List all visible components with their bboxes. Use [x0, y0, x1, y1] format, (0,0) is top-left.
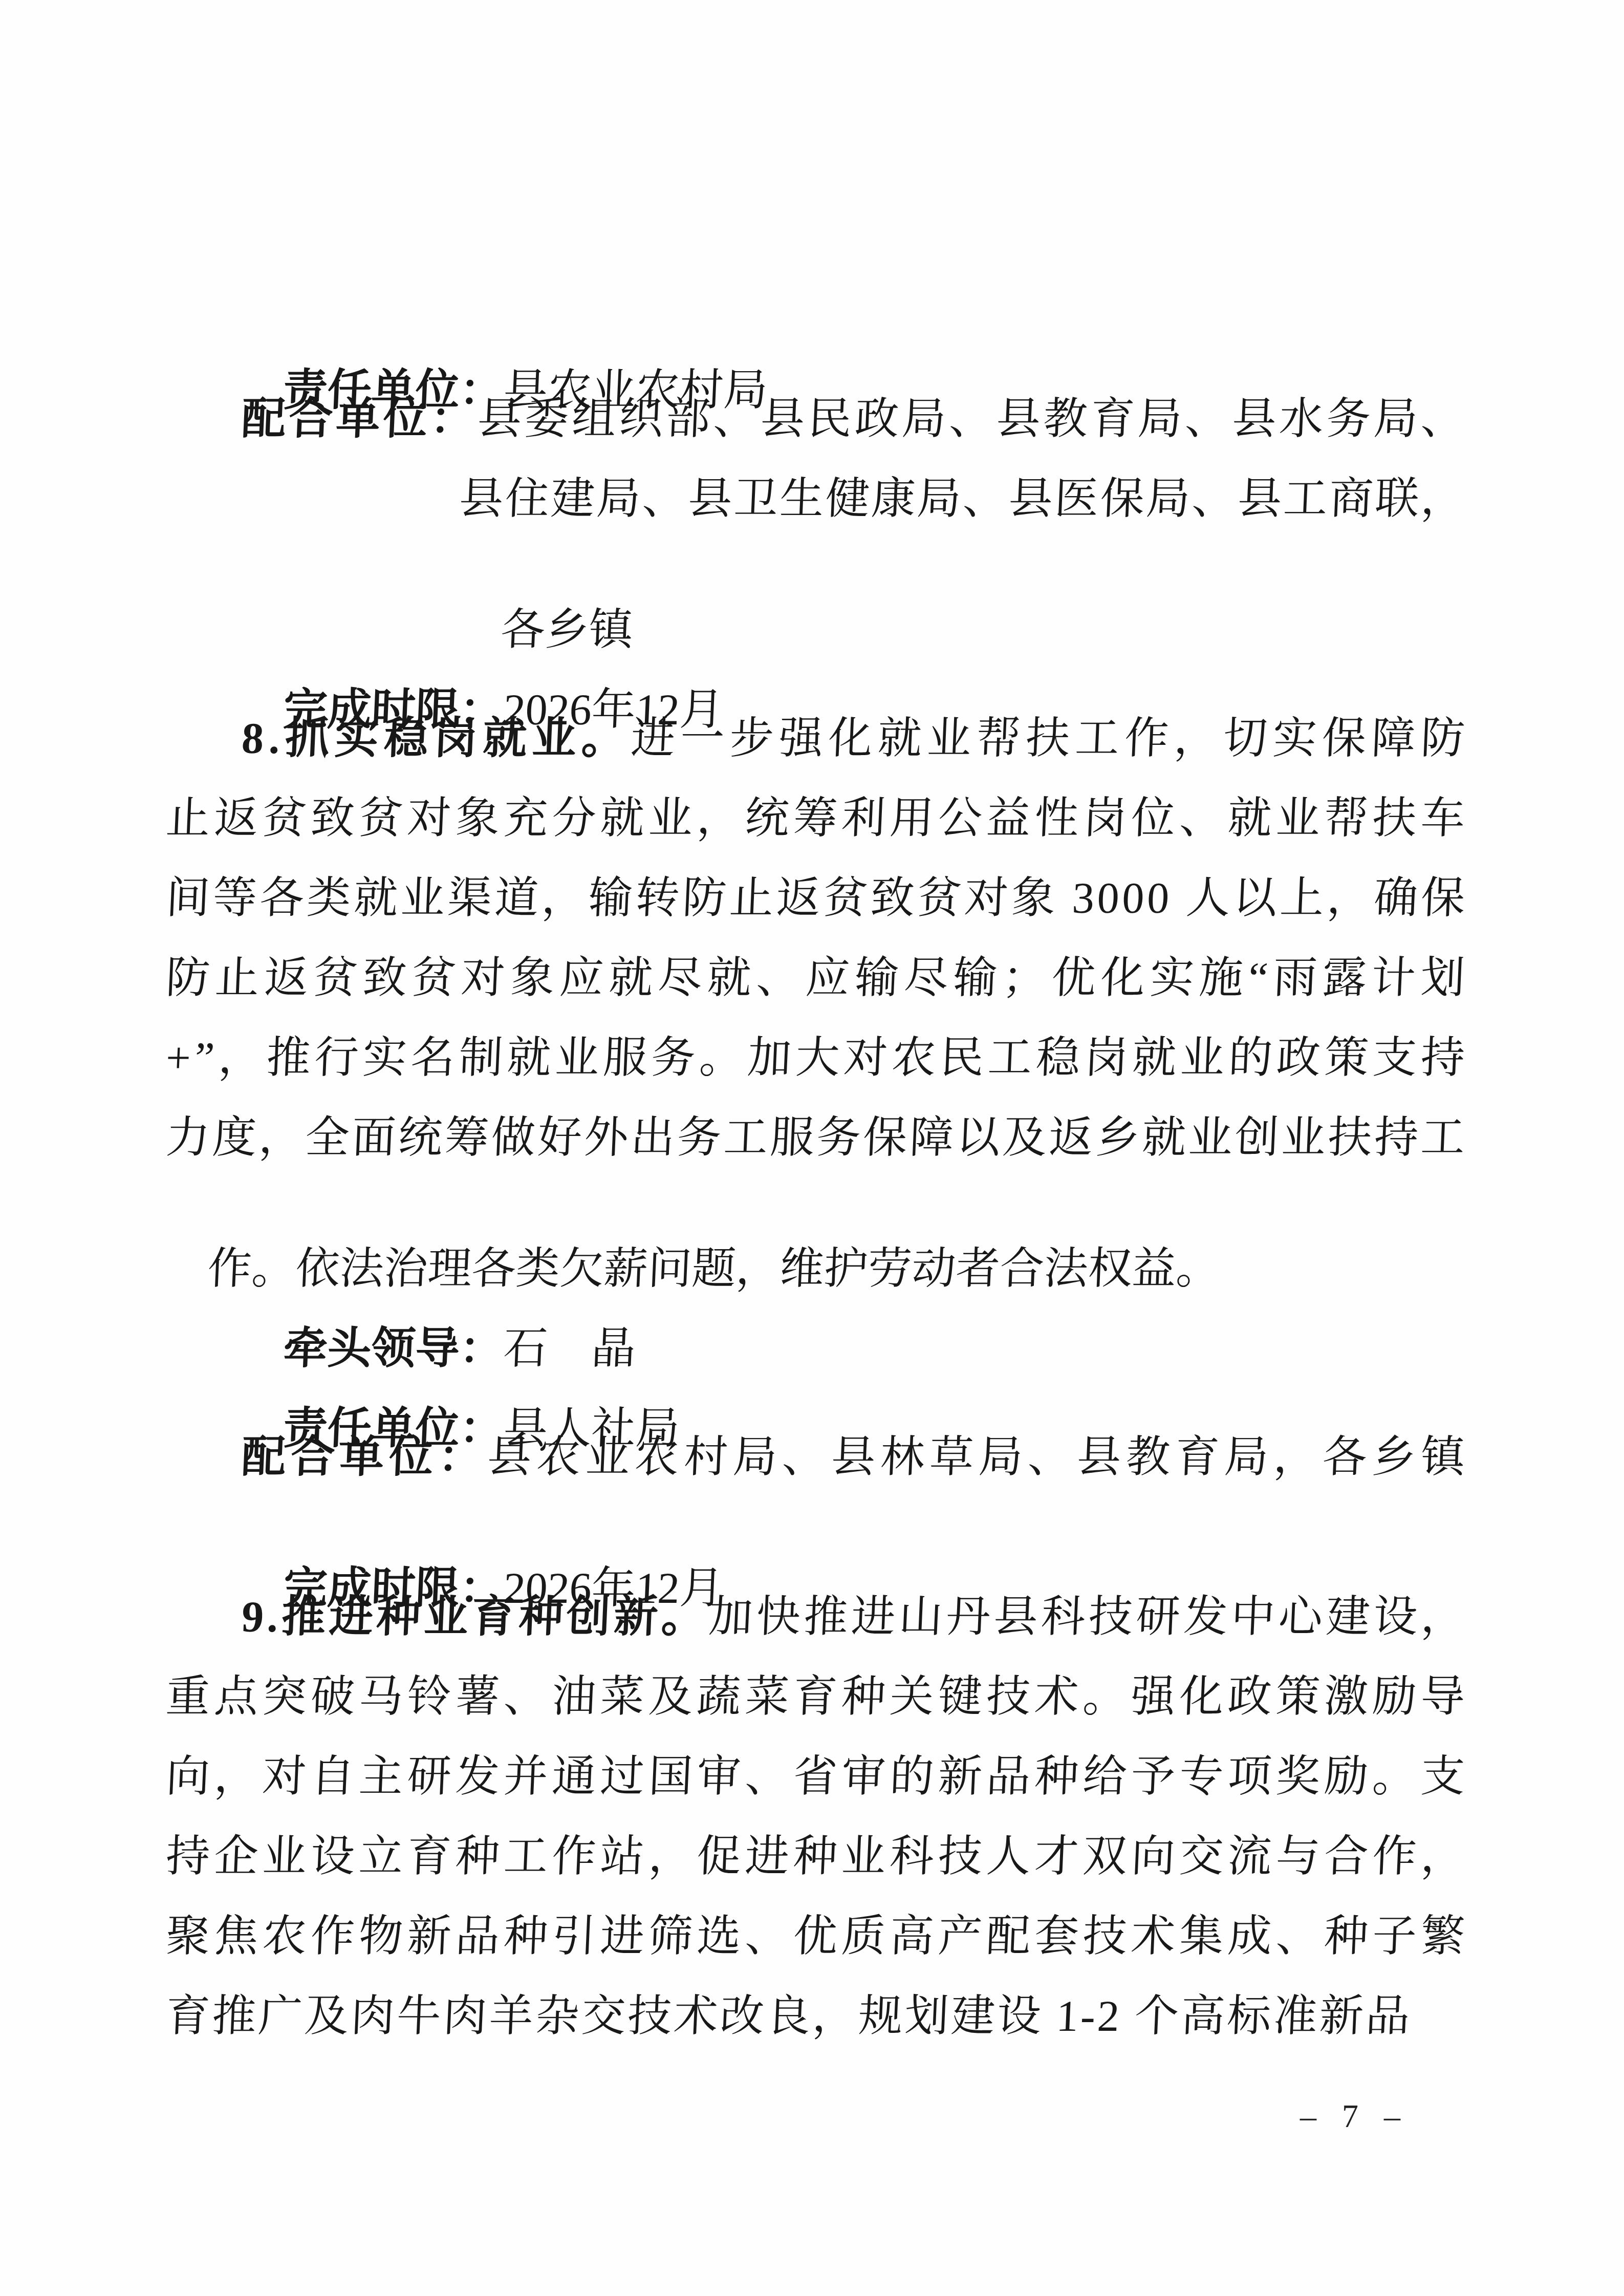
paragraph-line: 聚焦农作物新品种引进筛选、优质高产配套技术集成、种子繁 [165, 1911, 1466, 1962]
lead-leader-line: 牵头领导：石 晶 [241, 1272, 639, 1323]
paragraph-line: 力度，全面统筹做好外出务工服务保障以及返乡就业创业扶持工 [165, 1112, 1466, 1163]
section-9-heading-line: 9.推进种业育种创新。加快推进山丹县科技研发中心建设， [241, 1591, 1466, 1642]
cooperating-unit-continuation-line: 各乡镇 [458, 553, 636, 604]
deadline-line: 完成时限：2026年12月 [241, 1511, 727, 1562]
cooperating-unit-continuation-line: 县住建局、县卫生健康局、县医保局、县工商联， [458, 473, 1466, 524]
paragraph-line: 重点突破马铃薯、油菜及蔬菜育种关键技术。强化政策激励导 [165, 1671, 1466, 1722]
cooperating-unit-line: 配合单位：县委组织部、县民政局、县教育局、县水务局、 [241, 393, 1466, 444]
document-page: 责任单位：县农业农村局 配合单位：县委组织部、县民政局、县教育局、县水务局、 县… [0, 0, 1624, 2296]
paragraph-line: 间等各类就业渠道，输转防止返贫致贫对象 3000 人以上，确保 [165, 872, 1466, 924]
paragraph-line: 育推广及肉牛肉羊杂交技术改良，规划建设 1-2 个高标准新品 [165, 1990, 1411, 2042]
responsible-unit-line: 责任单位：县人社局 [241, 1351, 683, 1403]
paragraph-line: 作。依法治理各类欠薪问题，维护劳动者合法权益。 [165, 1192, 1223, 1243]
paragraph-line: +”，推行实名制就业服务。加大对农民工稳岗就业的政策支持 [165, 1032, 1466, 1083]
paragraph-line: 持企业设立育种工作站，促进种业科技人才双向交流与合作， [165, 1831, 1466, 1882]
page-number: – 7 – [1300, 2098, 1409, 2135]
responsible-unit-line: 责任单位：县农业农村局 [241, 313, 771, 364]
paragraph-line: 防止返贫致贫对象应就尽就、应输尽输；优化实施“雨露计划 [165, 952, 1466, 1003]
deadline-line: 完成时限：2026年12月 [241, 633, 727, 684]
section-8-heading-line: 8.抓实稳岗就业。进一步强化就业帮扶工作，切实保障防 [241, 713, 1466, 764]
paragraph-line: 止返贫致贫对象充分就业，统筹利用公益性岗位、就业帮扶车 [165, 792, 1466, 844]
cooperating-unit-line: 配合单位：县农业农村局、县林草局、县教育局，各乡镇 [241, 1431, 1466, 1483]
paragraph-line: 向，对自主研发并通过国审、省审的新品种给予专项奖励。支 [165, 1751, 1466, 1802]
